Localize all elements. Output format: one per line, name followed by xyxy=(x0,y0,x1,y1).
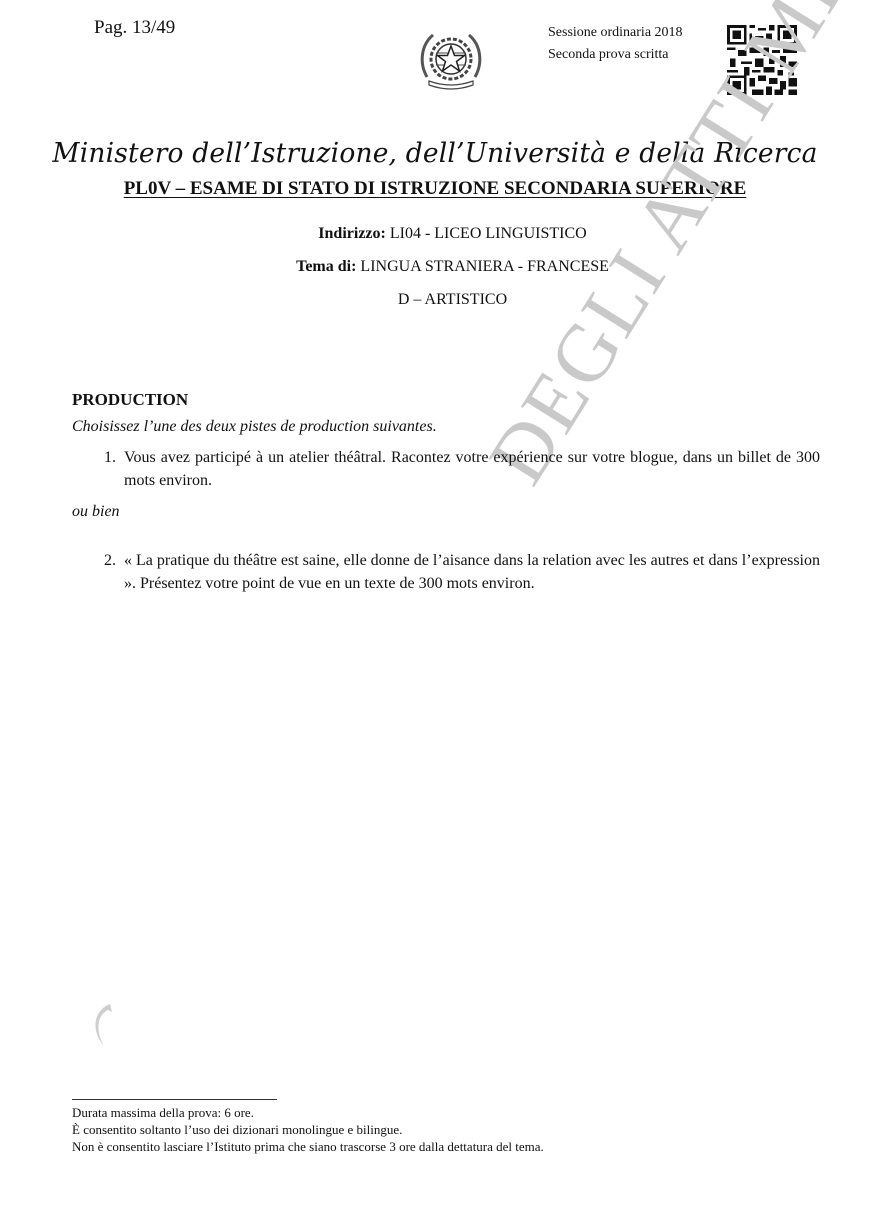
list-item: 1. Vous avez participé à un atelier théâ… xyxy=(104,446,820,492)
item-number: 1. xyxy=(104,446,116,469)
session-info: Sessione ordinaria 2018 Seconda prova sc… xyxy=(548,22,683,66)
or-separator: ou bien xyxy=(72,503,120,521)
footer-notes: Durata massima della prova: 6 ore. È con… xyxy=(72,1104,544,1155)
footer-duration: Durata massima della prova: 6 ore. xyxy=(72,1104,544,1121)
indirizzo-line: Indirizzo: LI04 - LICEO LINGUISTICO xyxy=(0,225,870,243)
item-text: Vous avez participé à un atelier théâtra… xyxy=(104,446,820,492)
test-label: Seconda prova scritta xyxy=(548,44,683,66)
item-number: 2. xyxy=(104,549,116,572)
footer-divider xyxy=(72,1099,277,1100)
watermark: DEGLI ATTI MIUR xyxy=(470,0,870,500)
page-number: Pag. 13/49 xyxy=(94,17,175,39)
section-line: D – ARTISTICO xyxy=(0,291,870,309)
indirizzo-value: LI04 - LICEO LINGUISTICO xyxy=(386,225,587,242)
footer-dictionaries: È consentito soltanto l’uso dei dizionar… xyxy=(72,1121,544,1138)
tema-line: Tema di: LINGUA STRANIERA - FRANCESE xyxy=(0,258,870,276)
session-label: Sessione ordinaria 2018 xyxy=(548,22,683,44)
exam-title: PL0V – ESAME DI STATO DI ISTRUZIONE SECO… xyxy=(0,178,870,200)
indirizzo-label: Indirizzo: xyxy=(318,225,386,242)
item-text: « La pratique du théâtre est saine, elle… xyxy=(104,549,820,595)
tema-value: LINGUA STRANIERA - FRANCESE xyxy=(356,258,608,275)
production-heading: PRODUCTION xyxy=(72,390,188,410)
production-instruction: Choisissez l’une des deux pistes de prod… xyxy=(72,418,437,436)
italian-republic-emblem-icon xyxy=(415,25,487,97)
footer-leave-rule: Non è consentito lasciare l’Istituto pri… xyxy=(72,1138,544,1155)
ministry-title: Ministero dell’Istruzione, dell’Universi… xyxy=(9,138,862,169)
tema-label: Tema di: xyxy=(296,258,356,275)
list-item: 2. « La pratique du théâtre est saine, e… xyxy=(104,549,820,595)
qr-code-icon xyxy=(727,25,797,95)
curved-arrow-icon xyxy=(88,1000,118,1048)
